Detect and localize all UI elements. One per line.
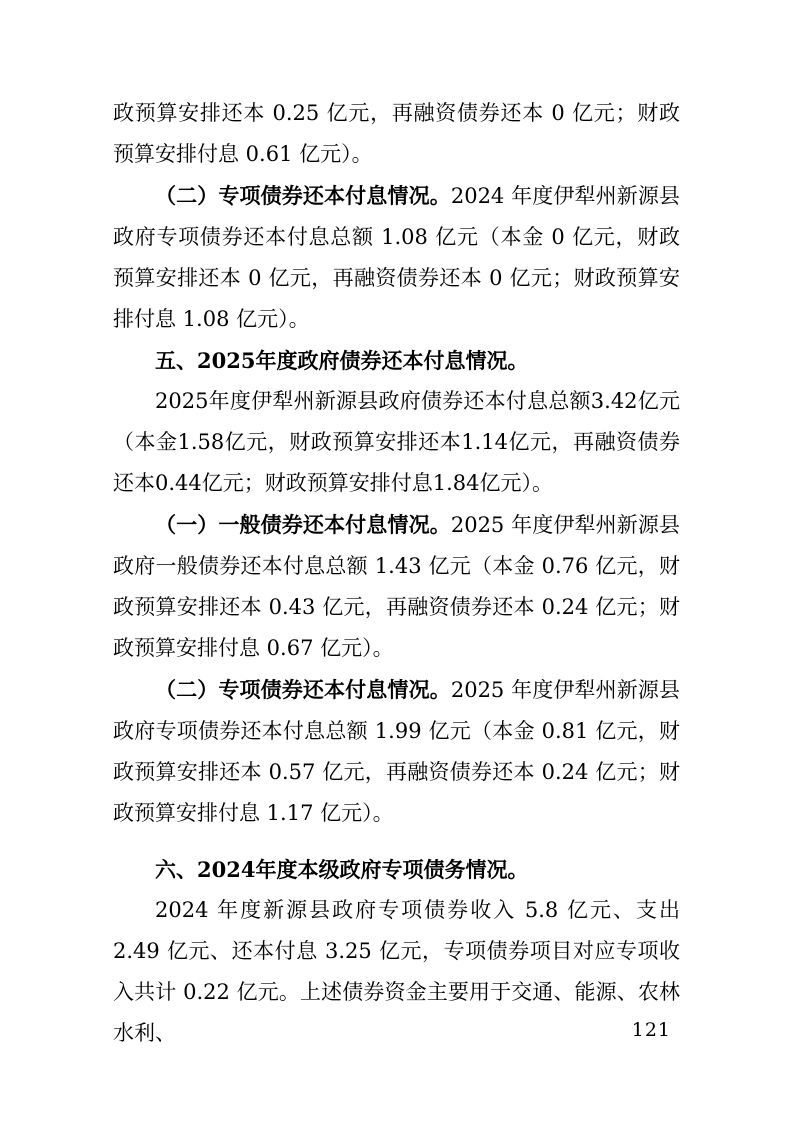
paragraph-lead-special-2025: （二）专项债券还本付息情况。 (155, 677, 451, 702)
paragraph-general-bonds-2025: （一）一般债券还本付息情况。2025 年度伊犁州新源县政府一般债券还本付息总额 … (113, 504, 680, 669)
document-body: 政预算安排还本 0.25 亿元，再融资债券还本 0 亿元；财政预算安排付息 0.… (113, 93, 680, 1054)
paragraph-2025-total: 2025年度伊犁州新源县政府债券还本付息总额3.42亿元（本金1.58亿元，财政… (113, 381, 680, 504)
page-number: 121 (632, 1016, 671, 1044)
paragraph-special-bonds-2024: （二）专项债券还本付息情况。2024 年度伊犁州新源县政府专项债券还本付息总额 … (113, 175, 680, 340)
paragraph-continuation: 政预算安排还本 0.25 亿元，再融资债券还本 0 亿元；财政预算安排付息 0.… (113, 93, 680, 175)
paragraph-lead-general-2025: （一）一般债券还本付息情况。 (155, 512, 451, 537)
paragraph-special-bonds-2025: （二）专项债券还本付息情况。2025 年度伊犁州新源县政府专项债券还本付息总额 … (113, 669, 680, 834)
paragraph-lead-special-2024: （二）专项债券还本付息情况。 (155, 183, 451, 208)
section-heading-6: 六、2024年度本级政府专项债务情况。 (113, 849, 680, 890)
paragraph-special-debt-2024: 2024 年度新源县政府专项债券收入 5.8 亿元、支出 2.49 亿元、还本付… (113, 890, 680, 1054)
document-page: 政预算安排还本 0.25 亿元，再融资债券还本 0 亿元；财政预算安排付息 0.… (0, 0, 793, 1122)
section-heading-5: 五、2025年度政府债券还本付息情况。 (113, 340, 680, 381)
